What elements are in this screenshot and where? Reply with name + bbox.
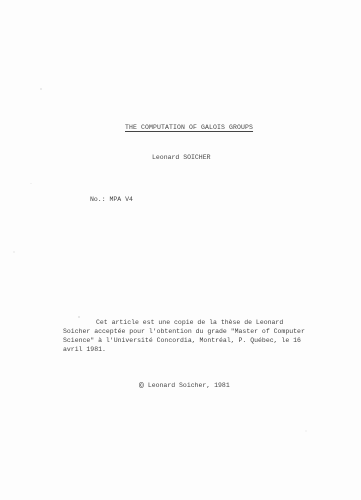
copyright-icon: © bbox=[139, 382, 144, 391]
scanned-page: THE COMPUTATION OF GALOIS GROUPS Leonard… bbox=[0, 0, 361, 500]
note-line: avril 1981. bbox=[63, 345, 307, 354]
author-name: Leonard SOICHER bbox=[152, 154, 211, 161]
copyright-text: Leonard Soicher, 1981 bbox=[148, 382, 230, 389]
note-line: Cet article est une copie de la thèse de… bbox=[63, 318, 307, 327]
document-title: THE COMPUTATION OF GALOIS GROUPS bbox=[125, 124, 253, 131]
thesis-acceptance-note: Cet article est une copie de la thèse de… bbox=[63, 318, 307, 354]
report-number: No.: MPA V4 bbox=[90, 196, 133, 203]
scan-speckle bbox=[30, 183, 32, 184]
scan-speckle bbox=[13, 251, 15, 253]
note-line: Soicher acceptée pour l'obtention du gra… bbox=[63, 327, 307, 336]
copyright-line: ©Leonard Soicher, 1981 bbox=[139, 382, 230, 391]
scan-speckle bbox=[305, 430, 307, 432]
scan-speckle bbox=[78, 316, 80, 318]
note-line: Science" à l'Université Concordia, Montr… bbox=[63, 336, 307, 345]
scan-speckle bbox=[40, 88, 42, 90]
